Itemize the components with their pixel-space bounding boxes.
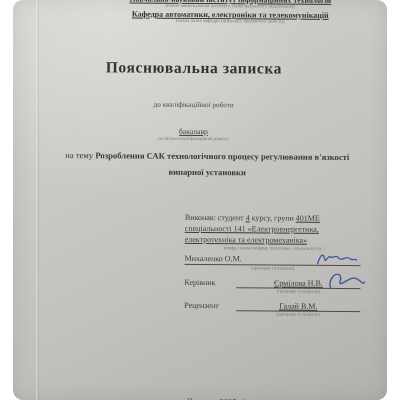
header-block: Навчально-науковий інститут інформаційни… <box>80 0 380 25</box>
reviewer-line: Галай В.М. <box>236 299 360 312</box>
supervisor-row: Керівник Єрмілова Н.В. <box>184 276 360 289</box>
executor-line1-text2: курсу, групи <box>250 213 296 222</box>
page-title: Пояснювальна записка <box>14 59 374 80</box>
institute-hint: (повне найменування інституту, назва фак… <box>80 3 380 10</box>
title-page: Навчально-науковий інститут інформаційни… <box>13 0 387 400</box>
thesis-theme: на тему Розроблення САК технологічного п… <box>41 148 373 182</box>
specialty-hint: (шифр і назва напряму підготовки, спеціа… <box>185 245 361 252</box>
qualification-level-block: бакалавр (освітньо-кваліфікаційний рівен… <box>13 126 373 144</box>
reviewer-hint: (прізвище та ініціали) <box>236 311 360 318</box>
paper-sheet: Навчально-науковий інститут інформаційни… <box>13 0 387 400</box>
theme-line2: випарної установки <box>168 167 246 178</box>
reviewer-label: Рецензент <box>184 300 236 311</box>
department-hint: (повна назва кафедри (циклової, предметн… <box>80 18 380 25</box>
footer-city-year: Полтава 2025 рік <box>52 396 386 400</box>
executor-name-hint: (прізвище та ініціали) <box>185 265 361 272</box>
theme-line1: Розроблення САК технологічного процесу р… <box>95 150 349 162</box>
executor-specialty-line2: електротехніка та електромеханіка» <box>185 234 361 246</box>
supervisor-label: Керівник <box>184 277 236 288</box>
reviewer-row: Рецензент Галай В.М. <box>184 299 360 312</box>
page-subtitle: до кваліфікаційної роботи <box>14 100 374 111</box>
reviewer-name: Галай В.М. <box>279 302 317 311</box>
supervisor-line: Єрмілова Н.В. <box>236 276 360 289</box>
executor-signature-icon <box>315 251 359 267</box>
photo-of-document: Навчально-науковий інститут інформаційни… <box>0 0 400 400</box>
executor-name-row: Михаленко О.М. <box>185 253 361 266</box>
qualification-level-hint: (освітньо-кваліфікаційний рівень) <box>13 135 373 143</box>
supervisor-name: Єрмілова Н.В. <box>274 279 323 288</box>
executor-group: 401МЕ <box>296 214 320 223</box>
theme-prefix: на тему <box>65 150 93 160</box>
executor-name: Михаленко О.М. <box>185 253 242 264</box>
executor-block: Виконав: студент 4 курсу, групи 401МЕ сп… <box>184 212 361 318</box>
supervisor-hint: (прізвище та ініціали) <box>236 288 360 295</box>
executor-line1-text: Виконав: студент <box>185 213 246 222</box>
